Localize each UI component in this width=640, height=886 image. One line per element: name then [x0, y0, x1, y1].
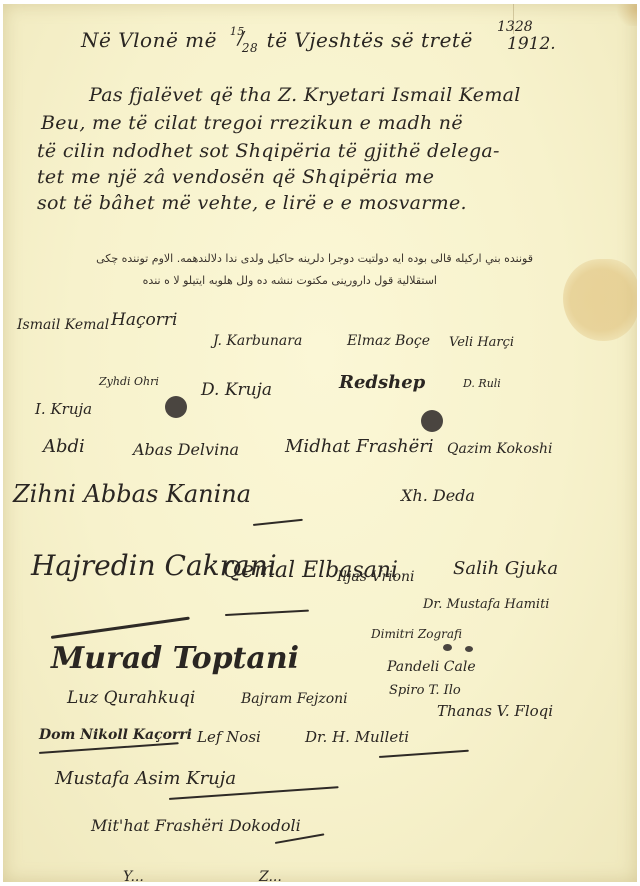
signature: Zyhdi Ohri — [99, 376, 159, 387]
signature: Redshep — [339, 374, 425, 392]
signature: Dom Nikoll Kaçorri — [39, 728, 192, 742]
document-page: Në Vlonë më 15 / 28 të Vjeshtës së tretë… — [3, 4, 637, 882]
ink-splatter — [465, 646, 473, 652]
year-block: 1328 1912. — [497, 20, 556, 53]
body-line: të cilin ndodhet sot Shqipëria të gjithë… — [37, 142, 500, 161]
year-hijri: 1328 — [497, 20, 556, 34]
document-heading: Në Vlonë më 15 / 28 të Vjeshtës së tretë — [81, 30, 473, 52]
signature: Dr. Mustafa Hamiti — [423, 598, 549, 611]
body-line: tet me një zâ vendosën që Shqipëria me — [37, 168, 434, 187]
signature: Spiro T. Ilo — [389, 684, 461, 697]
water-stain — [563, 259, 637, 341]
signature: Ismail Kemal — [17, 318, 109, 332]
signature: Thanas V. Floqi — [437, 704, 553, 719]
signature: Pandeli Cale — [387, 660, 476, 674]
ink-seal-dot — [165, 396, 187, 418]
corner-stain — [613, 4, 637, 26]
ottoman-text-line: قوننده بني اركيله قالى بوده ايه دولتيت د… — [96, 252, 533, 265]
date-fraction-bottom: 28 — [242, 42, 258, 54]
signature: Zihni Abbas Kanina — [13, 482, 251, 506]
signature: I. Kruja — [35, 402, 92, 417]
date-fraction: 15 / 28 — [228, 32, 256, 52]
ottoman-text-line: استقلالية قول دارورينى مكتوت ننشه ده ولل… — [143, 274, 437, 287]
heading-suffix: të Vjeshtës së tretë — [267, 28, 473, 52]
body-line: Pas fjalëvet që tha Z. Kryetari Ismail K… — [89, 86, 521, 105]
body-line: Beu, me të cilat tregoi rrezikun e madh … — [41, 114, 463, 133]
signature: Luz Qurahkuqi — [67, 690, 195, 707]
signature: D. Kruja — [201, 382, 272, 399]
signature-flourish — [379, 750, 469, 758]
signature: Iljas Vrioni — [337, 570, 415, 584]
signature-flourish — [253, 519, 303, 526]
signature-flourish — [39, 742, 179, 754]
signature: Veli Harçi — [449, 336, 514, 349]
signature: Murad Toptani — [51, 644, 299, 674]
signature: D. Ruli — [463, 378, 501, 389]
signature: Z... — [259, 870, 282, 882]
signature: Qazim Kokoshi — [447, 442, 553, 456]
signature: Elmaz Boçe — [347, 334, 430, 348]
signature: Bajram Fejzoni — [241, 692, 348, 706]
signature: Salih Gjuka — [453, 560, 558, 578]
ink-splatter — [443, 644, 452, 651]
signature: Xh. Deda — [401, 488, 475, 504]
signature: Abas Delvina — [133, 442, 239, 458]
signature: Dr. H. Mulleti — [305, 730, 409, 745]
signature: Mit'hat Frashëri Dokodoli — [91, 818, 301, 834]
signature: Abdi — [43, 438, 85, 456]
signature-flourish — [51, 617, 190, 639]
heading-prefix: Në Vlonë më — [81, 28, 217, 52]
body-line: sot të bâhet më vehte, e lirë e e mosvar… — [37, 194, 467, 213]
signature: Dimitri Zografi — [371, 628, 462, 640]
signature-flourish — [225, 610, 309, 616]
ink-seal-dot — [421, 410, 443, 432]
signature: Haçorri — [111, 312, 177, 329]
signature: Lef Nosi — [197, 730, 261, 745]
year-gregorian: 1912. — [507, 36, 556, 53]
signature: Y... — [123, 870, 144, 882]
signature: Midhat Frashëri — [285, 438, 434, 456]
signature: J. Karbunara — [213, 334, 302, 348]
signature: Mustafa Asim Kruja — [55, 770, 236, 788]
